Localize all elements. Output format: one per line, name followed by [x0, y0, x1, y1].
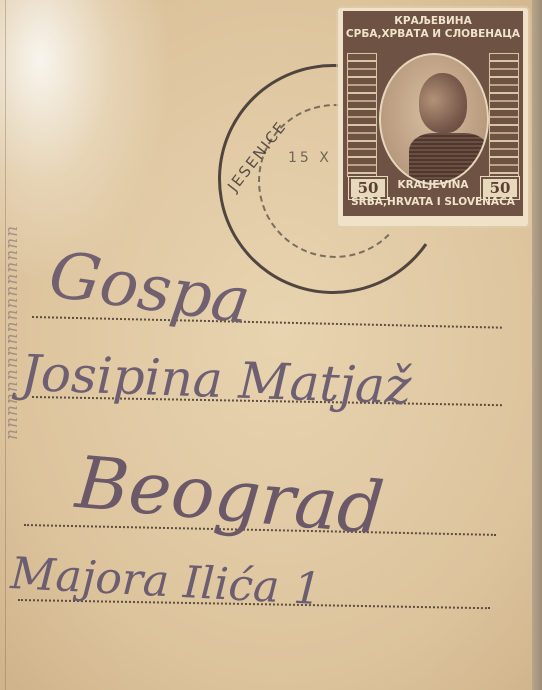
address-street: Majora Ilića 1 [9, 548, 322, 615]
background-surface [532, 0, 542, 690]
stamp-bottom-line-1: KRALJEVINA [385, 179, 481, 191]
stamp-frame: КРАЉЕВИНА СРБА,ХРВАТА И СЛОВЕНАЦА 50 50 … [343, 11, 523, 216]
stamp-top-line-2: СРБА,ХРВАТА И СЛОВЕНАЦА [343, 28, 523, 41]
postcard: nnnnnnnnnnnnnnnnnn JESENICE 15 X КРАЉЕВИ… [0, 0, 532, 690]
address-city: Beograd [73, 440, 388, 551]
portrait-uniform [409, 133, 489, 185]
stamp-ornament-right [489, 53, 519, 177]
address-name: Josipina Matjaž [20, 344, 412, 416]
postmark-date: 15 X [288, 150, 332, 166]
postage-stamp: КРАЉЕВИНА СРБА,ХРВАТА И СЛОВЕНАЦА 50 50 … [338, 8, 528, 226]
stamp-portrait [379, 53, 489, 185]
stamp-ornament-left [347, 53, 377, 177]
stamp-top-line-1: КРАЉЕВИНА [343, 15, 523, 28]
stamp-bottom-line-2: SRBA,HRVATA I SLOVENACA [343, 196, 523, 208]
address-salutation: Gospa [45, 238, 255, 339]
portrait-head [419, 73, 467, 133]
stamp-top-text: КРАЉЕВИНА СРБА,ХРВАТА И СЛОВЕНАЦА [343, 11, 523, 53]
